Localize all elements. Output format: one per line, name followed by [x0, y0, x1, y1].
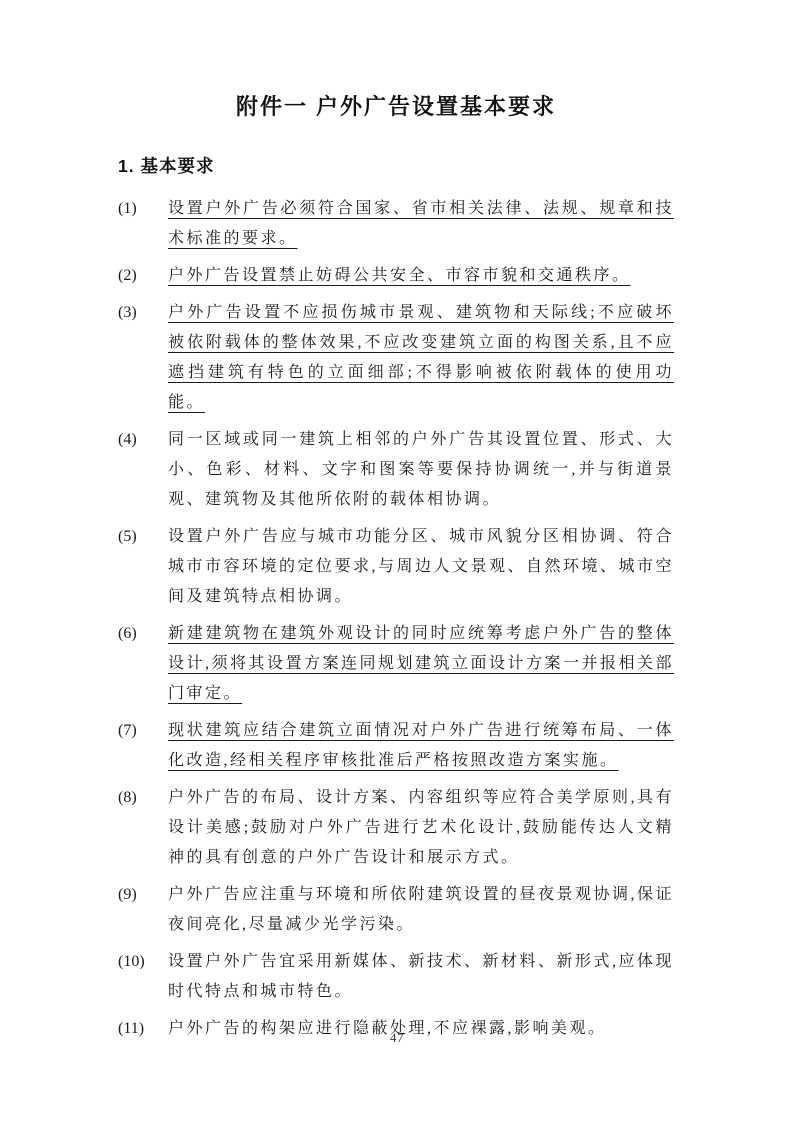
item-number: (10): [118, 947, 168, 977]
list-item: (8) 户外广告的布局、设计方案、内容组织等应符合美学原则,具有设计美感;鼓励对…: [118, 783, 674, 873]
item-number: (2): [118, 261, 168, 291]
list-item: (5) 设置户外广告应与城市功能分区、城市风貌分区相协调、符合城市市容环境的定位…: [118, 522, 674, 612]
list-item: (7) 现状建筑应结合建筑立面情况对户外广告进行统筹布局、一体化改造,经相关程序…: [118, 716, 674, 776]
requirements-list: (1) 设置户外广告必须符合国家、省市相关法律、法规、规章和技术标准的要求。 (…: [118, 194, 674, 1044]
item-number: (9): [118, 880, 168, 910]
list-item: (9) 户外广告应注重与环境和所依附建筑设置的昼夜景观协调,保证夜间亮化,尽量减…: [118, 880, 674, 940]
item-text: 户外广告的布局、设计方案、内容组织等应符合美学原则,具有设计美感;鼓励对户外广告…: [168, 783, 674, 873]
list-item: (10) 设置户外广告宜采用新媒体、新技术、新材料、新形式,应体现时代特点和城市…: [118, 947, 674, 1007]
page-title: 附件一 户外广告设置基本要求: [118, 90, 674, 121]
item-text: 设置户外广告应与城市功能分区、城市风貌分区相协调、符合城市市容环境的定位要求,与…: [168, 522, 674, 612]
item-number: (5): [118, 522, 168, 552]
list-item: (3) 户外广告设置不应损伤城市景观、建筑物和天际线;不应破坏被依附载体的整体效…: [118, 298, 674, 418]
item-text: 户外广告设置不应损伤城市景观、建筑物和天际线;不应破坏被依附载体的整体效果,不应…: [168, 298, 674, 418]
item-number: (6): [118, 619, 168, 649]
item-text: 设置户外广告宜采用新媒体、新技术、新材料、新形式,应体现时代特点和城市特色。: [168, 947, 674, 1007]
list-item: (1) 设置户外广告必须符合国家、省市相关法律、法规、规章和技术标准的要求。: [118, 194, 674, 254]
item-number: (1): [118, 194, 168, 224]
item-text: 户外广告设置禁止妨碍公共安全、市容市貌和交通秩序。: [168, 261, 674, 291]
item-number: (4): [118, 425, 168, 455]
list-item: (4) 同一区域或同一建筑上相邻的户外广告其设置位置、形式、大小、色彩、材料、文…: [118, 425, 674, 515]
item-text: 现状建筑应结合建筑立面情况对户外广告进行统筹布局、一体化改造,经相关程序审核批准…: [168, 716, 674, 776]
list-item: (6) 新建建筑物在建筑外观设计的同时应统筹考虑户外广告的整体设计,须将其设置方…: [118, 619, 674, 709]
list-item: (2) 户外广告设置禁止妨碍公共安全、市容市貌和交通秩序。: [118, 261, 674, 291]
item-text: 同一区域或同一建筑上相邻的户外广告其设置位置、形式、大小、色彩、材料、文字和图案…: [168, 425, 674, 515]
document-page: 附件一 户外广告设置基本要求 1. 基本要求 (1) 设置户外广告必须符合国家、…: [0, 0, 794, 1122]
item-text: 新建建筑物在建筑外观设计的同时应统筹考虑户外广告的整体设计,须将其设置方案连同规…: [168, 619, 674, 709]
item-text: 户外广告应注重与环境和所依附建筑设置的昼夜景观协调,保证夜间亮化,尽量减少光学污…: [168, 880, 674, 940]
section-heading: 1. 基本要求: [118, 153, 674, 178]
document-content: 附件一 户外广告设置基本要求 1. 基本要求 (1) 设置户外广告必须符合国家、…: [0, 0, 794, 1044]
item-number: (3): [118, 298, 168, 328]
item-text: 设置户外广告必须符合国家、省市相关法律、法规、规章和技术标准的要求。: [168, 194, 674, 254]
page-number: 47: [0, 1030, 794, 1046]
item-number: (7): [118, 716, 168, 746]
item-number: (8): [118, 783, 168, 813]
